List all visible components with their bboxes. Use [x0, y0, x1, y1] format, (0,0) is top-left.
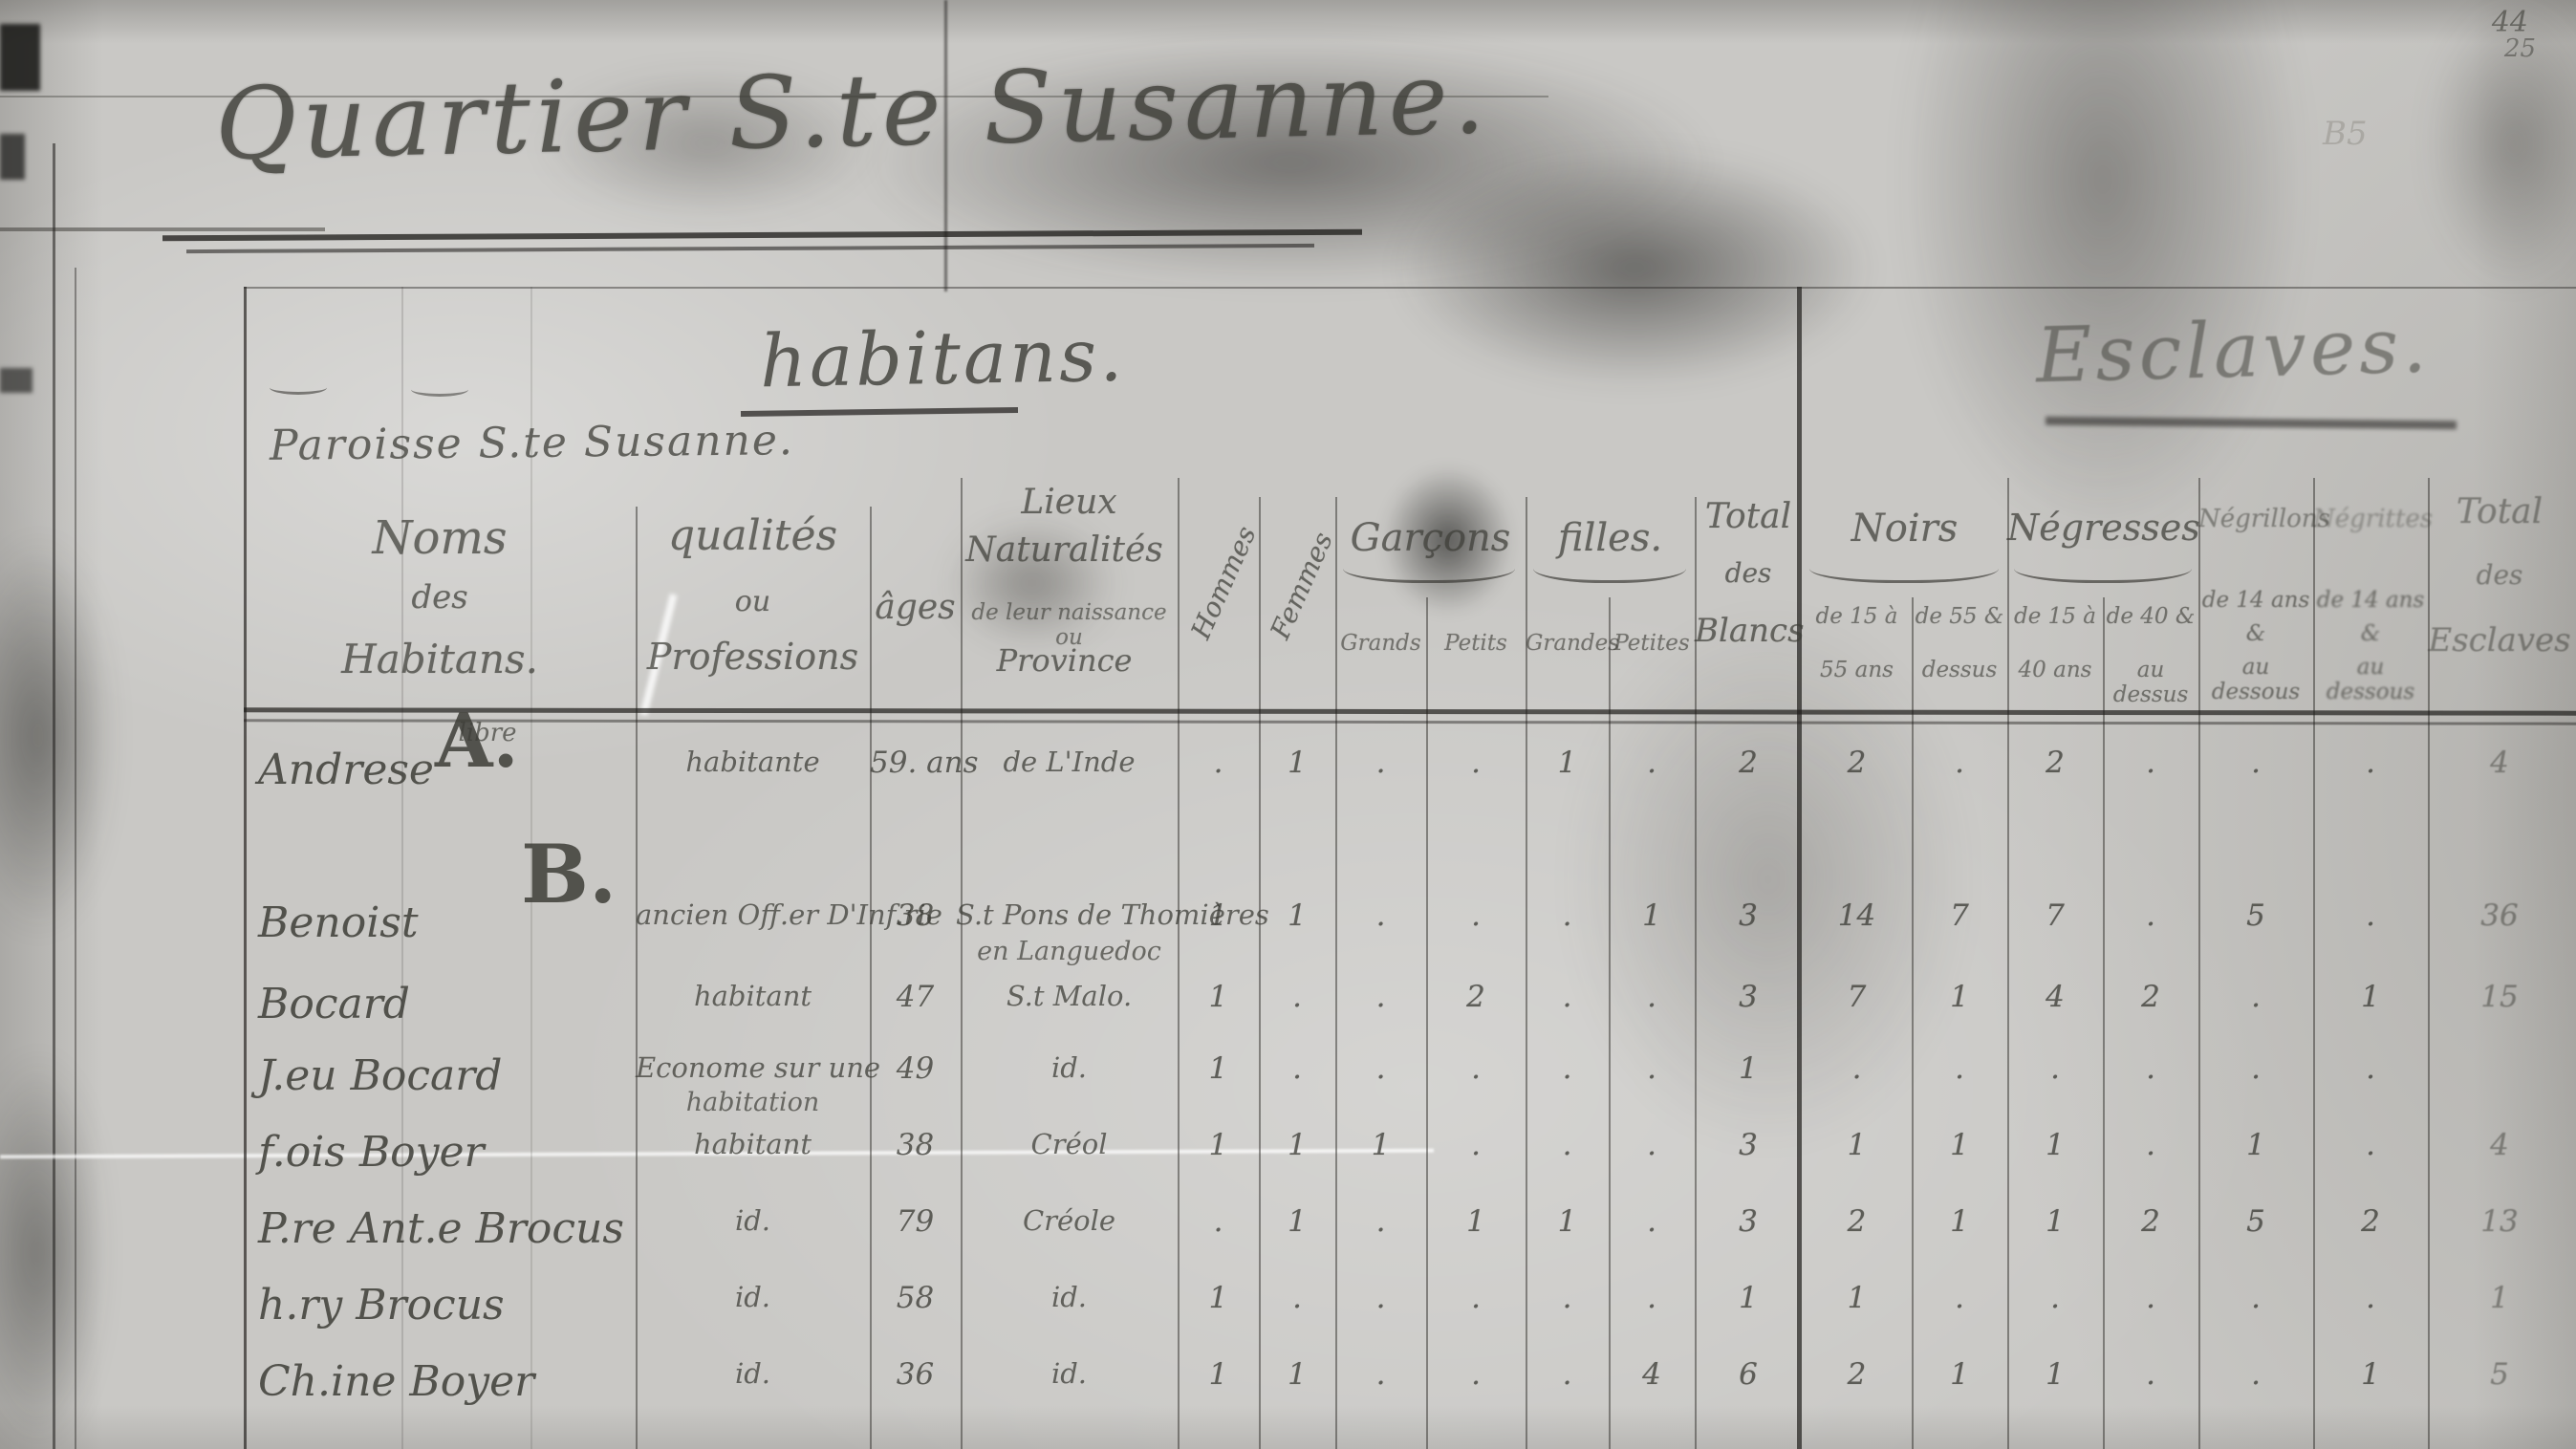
count-noirs-15-55: 1 — [1802, 1128, 1912, 1162]
folio-number-secondary: 25 — [2504, 34, 2536, 63]
count-hommes: 1 — [1178, 898, 1259, 933]
table-row: h.ry Brocus id. 58 id. 1 . . . . . 1 1 .… — [0, 1281, 2576, 1352]
count-filles-grandes: . — [1526, 1281, 1609, 1315]
count-femmes: 1 — [1259, 898, 1335, 933]
decorative-squiggle — [411, 382, 468, 397]
col-header-negrittes-2: de 14 ans — [2313, 588, 2428, 613]
birthplace: de L'Inde — [956, 746, 1182, 778]
habitant-name: Bocard — [258, 980, 640, 1028]
table-top-rule — [244, 287, 2576, 289]
stain — [1902, 0, 2304, 535]
count-hommes: 1 — [1178, 980, 1259, 1014]
birthplace: id. — [956, 1357, 1182, 1390]
col-header-total-blancs: Total — [1695, 497, 1802, 536]
noirs-brace — [1809, 569, 1999, 583]
count-filles-grandes: . — [1526, 980, 1609, 1014]
count-negrittes: 2 — [2313, 1204, 2428, 1239]
col-header-negrillons-4: au dessous — [2198, 655, 2313, 704]
col-header-total-blancs-2: des — [1695, 557, 1802, 589]
count-noirs-55: . — [1912, 746, 2007, 780]
count-negresses-15-40: 2 — [2007, 746, 2103, 780]
col-header-negrittes: Négrittes — [2313, 505, 2428, 533]
count-total-blancs: 2 — [1695, 746, 1802, 780]
count-hommes: . — [1178, 746, 1259, 780]
age: 79 — [870, 1204, 961, 1239]
count-garcons-grands: . — [1335, 1357, 1426, 1392]
count-negresses-40: . — [2103, 1051, 2198, 1086]
table-row: f.ois Boyer habitant 38 Créol 1 1 1 . . … — [0, 1128, 2576, 1199]
col-header-negresses-40-2: au dessus — [2103, 658, 2198, 707]
count-negresses-15-40: 7 — [2007, 898, 2103, 933]
quality: ancien Off.er D'Inf.rie — [636, 898, 870, 931]
col-header-negresses-40: de 40 & — [2103, 604, 2198, 629]
count-negresses-40: . — [2103, 898, 2198, 933]
title-underline — [162, 229, 1362, 242]
birthplace: Créol — [956, 1128, 1182, 1160]
count-noirs-15-55: 7 — [1802, 980, 1912, 1014]
col-header-qualites-2: ou — [636, 585, 870, 618]
count-negrittes: . — [2313, 1128, 2428, 1162]
count-femmes: 1 — [1259, 1128, 1335, 1162]
crease-line — [0, 227, 325, 231]
count-filles-petites: . — [1609, 1204, 1695, 1239]
col-header-total-esclaves-2: des — [2428, 559, 2571, 591]
count-noirs-55: 1 — [1912, 1128, 2007, 1162]
count-negrillons: . — [2198, 1281, 2313, 1315]
habitant-name: Benoist — [258, 898, 640, 947]
col-header-lieux: Lieux — [961, 483, 1178, 522]
col-group-noirs: Noirs — [1802, 507, 2007, 551]
quality: habitante — [636, 746, 870, 778]
count-negrillons: . — [2198, 1357, 2313, 1392]
count-garcons-grands: . — [1335, 746, 1426, 780]
count-negrillons: 5 — [2198, 1204, 2313, 1239]
count-garcons-grands: . — [1335, 1051, 1426, 1086]
count-hommes: . — [1178, 1204, 1259, 1239]
col-header-filles-grandes: Grandes — [1526, 631, 1609, 656]
count-hommes: 1 — [1178, 1357, 1259, 1392]
count-total-blancs: 6 — [1695, 1357, 1802, 1392]
count-hommes: 1 — [1178, 1051, 1259, 1086]
col-header-noms-2: des — [244, 578, 636, 616]
count-filles-petites: . — [1609, 1281, 1695, 1315]
count-filles-petites: . — [1609, 746, 1695, 780]
count-negrillons: . — [2198, 980, 2313, 1014]
col-group-filles: filles. — [1526, 516, 1695, 560]
count-negrillons: . — [2198, 746, 2313, 780]
count-noirs-15-55: 14 — [1802, 898, 1912, 933]
count-garcons-petits: . — [1426, 1128, 1526, 1162]
table-row: Ch.ine Boyer id. 36 id. 1 1 . . . 4 6 2 … — [0, 1357, 2576, 1428]
count-femmes: 1 — [1259, 1204, 1335, 1239]
count-garcons-grands: . — [1335, 898, 1426, 933]
count-negresses-15-40: 1 — [2007, 1357, 2103, 1392]
count-total-esclaves: 13 — [2428, 1204, 2571, 1239]
count-filles-petites: . — [1609, 980, 1695, 1014]
count-filles-petites: . — [1609, 1128, 1695, 1162]
section-esclaves-title: Esclaves. — [2035, 301, 2432, 400]
count-garcons-petits: 1 — [1426, 1204, 1526, 1239]
page-title: Quartier S.te Susanne. — [214, 39, 1492, 183]
count-noirs-15-55: . — [1802, 1051, 1912, 1086]
table-row: J.eu Bocard Econome sur une habitation 4… — [0, 1051, 2576, 1122]
quality: Econome sur une — [636, 1051, 870, 1084]
count-negrittes: 1 — [2313, 980, 2428, 1014]
quality: habitant — [636, 1128, 870, 1160]
col-header-lieux-4: Province — [956, 642, 1173, 679]
filles-brace — [1533, 569, 1686, 583]
col-header-hommes: Hommes — [1185, 535, 1257, 644]
col-header-garcons-petits: Petits — [1426, 631, 1526, 656]
birthplace: S.t Pons de Thomières — [956, 898, 1182, 931]
count-negrillons: 5 — [2198, 898, 2313, 933]
col-header-lieux-2: Naturalités — [956, 530, 1173, 570]
col-header-negrittes-4: au dessous — [2313, 655, 2428, 704]
count-negresses-40: . — [2103, 746, 2198, 780]
count-noirs-15-55: 1 — [1802, 1281, 1912, 1315]
count-filles-petites: 4 — [1609, 1357, 1695, 1392]
count-negresses-40: . — [2103, 1281, 2198, 1315]
stain — [0, 535, 115, 937]
parish-label: Paroisse S.te Susanne. — [270, 416, 794, 470]
age: 59. ans — [870, 746, 961, 780]
col-header-negresses-15-40: de 15 à — [2007, 604, 2103, 629]
count-total-esclaves: 4 — [2428, 1128, 2571, 1162]
count-total-esclaves: 4 — [2428, 746, 2571, 780]
pencil-mark: B5 — [2323, 115, 2368, 153]
count-total-blancs: 1 — [1695, 1281, 1802, 1315]
count-negrittes: . — [2313, 746, 2428, 780]
count-garcons-petits: . — [1426, 1281, 1526, 1315]
table-row: P.re Ant.e Brocus id. 79 Créole . 1 . 1 … — [0, 1204, 2576, 1275]
age: 36 — [870, 1357, 961, 1392]
col-header-negrillons: Négrillons — [2198, 505, 2313, 533]
habitant-name: Ch.ine Boyer — [258, 1357, 640, 1406]
quality: id. — [636, 1204, 870, 1237]
count-noirs-55: 1 — [1912, 1204, 2007, 1239]
section-habitants-title: habitans. — [759, 313, 1126, 404]
col-header-total-esclaves-3: Esclaves — [2428, 621, 2571, 660]
col-header-noirs-15-55: de 15 à — [1802, 604, 1912, 629]
count-negrittes: . — [2313, 898, 2428, 933]
habitant-name: Andrese — [258, 746, 640, 794]
count-negresses-15-40: 4 — [2007, 980, 2103, 1014]
count-femmes: . — [1259, 1281, 1335, 1315]
count-noirs-55: 1 — [1912, 980, 2007, 1014]
habitant-name: f.ois Boyer — [258, 1128, 640, 1177]
count-negresses-40: . — [2103, 1357, 2198, 1392]
col-header-noirs-55: de 55 & — [1912, 604, 2007, 629]
count-total-blancs: 1 — [1695, 1051, 1802, 1086]
count-negresses-15-40: . — [2007, 1051, 2103, 1086]
birthplace: id. — [956, 1281, 1182, 1313]
count-filles-grandes: 1 — [1526, 1204, 1609, 1239]
count-negresses-15-40: 1 — [2007, 1128, 2103, 1162]
quality: id. — [636, 1281, 870, 1313]
birthplace: Créole — [956, 1204, 1182, 1237]
col-header-negrittes-3: & — [2313, 621, 2428, 646]
count-filles-grandes: . — [1526, 1051, 1609, 1086]
age: 58 — [870, 1281, 961, 1315]
table-row: Bocard habitant 47 S.t Malo. 1 . . 2 . .… — [0, 980, 2576, 1050]
birthplace-line2: en Languedoc — [956, 937, 1182, 966]
quality-line2: habitation — [636, 1088, 870, 1117]
count-filles-grandes: . — [1526, 1128, 1609, 1162]
count-noirs-55: . — [1912, 1051, 2007, 1086]
age: 49 — [870, 1051, 961, 1086]
count-total-esclaves: 36 — [2428, 898, 2571, 933]
count-total-blancs: 3 — [1695, 980, 1802, 1014]
count-filles-petites: 1 — [1609, 898, 1695, 933]
col-header-noirs-55-2: dessus — [1912, 658, 2007, 682]
col-header-total-blancs-3: Blancs — [1695, 612, 1802, 650]
decorative-squiggle — [270, 380, 327, 395]
count-total-blancs: 3 — [1695, 1128, 1802, 1162]
col-header-garcons-grands: Grands — [1335, 631, 1426, 656]
count-total-esclaves: 5 — [2428, 1357, 2571, 1392]
age: 38 — [870, 898, 961, 933]
habitant-name: P.re Ant.e Brocus — [258, 1204, 640, 1253]
count-negrittes: . — [2313, 1051, 2428, 1086]
count-filles-grandes: . — [1526, 898, 1609, 933]
birthplace: S.t Malo. — [956, 980, 1182, 1012]
negresses-brace — [2014, 569, 2192, 583]
count-filles-petites: . — [1609, 1051, 1695, 1086]
garcons-brace — [1343, 569, 1515, 583]
count-negresses-40: 2 — [2103, 980, 2198, 1014]
name-note: libre — [411, 719, 564, 747]
count-noirs-55: 1 — [1912, 1357, 2007, 1392]
birthplace: id. — [956, 1051, 1182, 1084]
col-header-negrillons-3: & — [2198, 621, 2313, 646]
col-header-ages: âges — [870, 588, 961, 627]
header-rule — [244, 707, 2576, 715]
habitant-name: J.eu Bocard — [258, 1051, 640, 1100]
col-header-negresses-15-40-2: 40 ans — [2007, 658, 2103, 682]
count-garcons-grands: . — [1335, 1204, 1426, 1239]
count-negrillons: . — [2198, 1051, 2313, 1086]
count-femmes: 1 — [1259, 746, 1335, 780]
count-total-blancs: 3 — [1695, 1204, 1802, 1239]
col-header-total-esclaves: Total — [2428, 492, 2571, 531]
col-group-negresses: Négresses — [2007, 507, 2198, 549]
count-negresses-40: . — [2103, 1128, 2198, 1162]
col-header-noms-3: Habitans. — [244, 636, 636, 682]
count-negresses-40: 2 — [2103, 1204, 2198, 1239]
title-underline-2 — [186, 244, 1314, 253]
count-femmes: . — [1259, 980, 1335, 1014]
count-femmes: . — [1259, 1051, 1335, 1086]
count-garcons-grands: . — [1335, 1281, 1426, 1315]
col-header-noms: Noms — [244, 511, 636, 565]
count-negrittes: . — [2313, 1281, 2428, 1315]
count-negrillons: 1 — [2198, 1128, 2313, 1162]
count-hommes: 1 — [1178, 1281, 1259, 1315]
stain — [1386, 143, 1883, 392]
count-noirs-15-55: 2 — [1802, 1357, 1912, 1392]
count-garcons-grands: . — [1335, 980, 1426, 1014]
count-negrittes: 1 — [2313, 1357, 2428, 1392]
col-header-femmes: Femmes — [1265, 535, 1336, 644]
count-noirs-55: 7 — [1912, 898, 2007, 933]
count-femmes: 1 — [1259, 1357, 1335, 1392]
count-noirs-15-55: 2 — [1802, 1204, 1912, 1239]
col-header-noirs-15-55-2: 55 ans — [1802, 658, 1912, 682]
col-group-garcons: Garçons — [1335, 516, 1526, 560]
quality: id. — [636, 1357, 870, 1390]
count-total-esclaves: 1 — [2428, 1281, 2571, 1315]
count-negresses-15-40: 1 — [2007, 1204, 2103, 1239]
count-garcons-petits: . — [1426, 1051, 1526, 1086]
count-garcons-grands: 1 — [1335, 1128, 1426, 1162]
table-row: Benoist ancien Off.er D'Inf.rie 38 S.t P… — [0, 898, 2576, 969]
quality: habitant — [636, 980, 870, 1012]
header-rule-2 — [244, 719, 2576, 724]
count-negresses-15-40: . — [2007, 1281, 2103, 1315]
count-filles-grandes: 1 — [1526, 746, 1609, 780]
col-header-qualites: qualités — [636, 511, 870, 560]
count-total-blancs: 3 — [1695, 898, 1802, 933]
table-row: Andrese libre habitante 59. ans de L'Ind… — [0, 746, 2576, 816]
age: 47 — [870, 980, 961, 1014]
scan-edge-mark — [0, 368, 32, 393]
col-header-qualites-3: Professions — [636, 636, 870, 678]
col-header-filles-petites: Petites — [1609, 631, 1695, 656]
count-garcons-petits: . — [1426, 1357, 1526, 1392]
count-garcons-petits: 2 — [1426, 980, 1526, 1014]
scan-edge-mark — [0, 134, 25, 180]
count-garcons-petits: . — [1426, 746, 1526, 780]
age: 38 — [870, 1128, 961, 1162]
scan-edge-mark — [0, 24, 40, 91]
count-total-esclaves: 15 — [2428, 980, 2571, 1014]
count-filles-grandes: . — [1526, 1357, 1609, 1392]
stain — [2428, 0, 2576, 287]
habitant-name: h.ry Brocus — [258, 1281, 640, 1330]
count-garcons-petits: . — [1426, 898, 1526, 933]
census-register-page: 44 25 B5 Quartier S.te Susanne. habitans… — [0, 0, 2576, 1449]
count-noirs-15-55: 2 — [1802, 746, 1912, 780]
count-hommes: 1 — [1178, 1128, 1259, 1162]
col-header-negrillons-2: de 14 ans — [2198, 588, 2313, 613]
count-noirs-55: . — [1912, 1281, 2007, 1315]
esclaves-underline — [2046, 417, 2457, 430]
